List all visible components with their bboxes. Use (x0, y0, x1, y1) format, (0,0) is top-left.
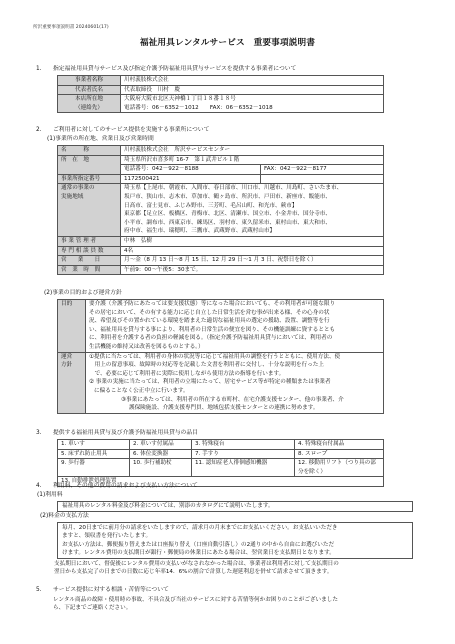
business-days-label: 営 業 日 (58, 256, 121, 266)
table-row: 専 門 相 談 員 数 4名 (58, 246, 384, 256)
item-bedsore-prevention: 5. 床ずれ防止用具 (58, 449, 130, 459)
complaints-text: レンタル商品の故障・使用時の事故、不具合及び当社のサービスに対する苦情等何かお困… (53, 596, 338, 613)
item-walking-cane: 10. 歩行補助杖 (130, 459, 192, 477)
item-wheelchair: 1. 車いす (58, 440, 130, 450)
office-number-value: 1172500421 (121, 174, 261, 184)
policy-label: 運営 方針 (58, 352, 86, 413)
provider-name-value: 川村義肢株式会社 (121, 76, 384, 86)
business-hours-label: 営 業 時 間 (58, 265, 121, 275)
office-table: 名 称 川村義肢株式会社 所沢サービスセンター 所 在 地 埼玉県所沢市喜多町 … (57, 145, 384, 275)
table-row: 事業所指定番号 1172500421 (58, 174, 384, 184)
representative-value: 代表取締役 川村 慶 (121, 85, 384, 95)
table-row: 本店所在地 （連絡先） 大阪府大阪市北区天神橋１丁目１８番１８号 電話番号：06… (58, 95, 384, 113)
office-name-label: 名 称 (58, 146, 121, 156)
section-2-heading: 2.ご利用者に対してのサービス提供を実施する事業所について (36, 127, 209, 135)
table-row: 5. 床ずれ防止用具 6. 体位変換器 7. 手すり 8. スロープ (58, 449, 384, 459)
item-wheelchair-accessories: 2. 車いす付属品 (130, 440, 192, 450)
section-5-heading: 5.サービス提供に対する相談・苦情等について (36, 587, 169, 595)
section-2-2-heading: (2)事業の目的および運営方針 (44, 290, 122, 298)
purpose-policy-table: 目的 要介護（介護予防にあたっては要支援状態）等になった場合においても、その利用… (57, 299, 384, 414)
fee-text: 福祉用具のレンタル料金及び料金については、別添のカタログにて説明いたします。 (62, 503, 274, 509)
table-row: 所 在 地 埼玉県所沢市喜多町 16-7 第１武井ビル１階 (58, 155, 384, 165)
section-1-heading: 1.指定福祉用具貸与サービス及び指定介護予防福祉用具貸与サービスを提供する事業者… (36, 66, 296, 74)
table-row: 営 業 日 月～金（8 月 13 日～8 月 15 日、12 月 29 日～1 … (58, 256, 384, 266)
table-row: 事業者名称 川村義肢株式会社 (58, 76, 384, 86)
office-name-value: 川村義肢株式会社 所沢サービスセンター (121, 146, 384, 156)
head-office-value: 大阪府大阪市北区天神橋１丁目１８番１８号 電話番号：06－6352－1012 F… (121, 95, 384, 113)
payment-box: 毎月、20日までに前月分の請求をいたしますので、請求月の月末までにお支払いくださ… (57, 522, 413, 559)
table-row: 通常の事業の 実施地域 埼玉県【上尾市、朝霞市、入間市、春日部市、川口市、川越市… (58, 184, 384, 237)
table-row: 事 業 管 理 者 中林 弘樹 (58, 236, 384, 246)
late-payment-text: 支払期日において、督促後にレンタル費用の支払いがなされなかった場合は、事業者は利… (54, 560, 339, 577)
item-special-bed: 3. 特殊寝台 (192, 440, 295, 450)
office-number-label: 事業所指定番号 (58, 174, 121, 184)
consultant-count-value: 4名 (121, 246, 384, 256)
manager-label: 事 業 管 理 者 (58, 236, 121, 246)
purpose-text: 要介護（介護予防にあたっては要支援状態）等になった場合においても、その利用者が可… (86, 300, 384, 353)
section-4-heading: 4.利用料、その他の費用の請求および支払い方法について (36, 483, 198, 491)
service-area-value: 埼玉県【上尾市、朝霞市、入間市、春日部市、川口市、川越市、川島町、さいたま市、 … (121, 184, 384, 237)
policy-text: ①提供に当たっては、利用者の身体の状況等に応じて福祉用具の調整を行うとともに、使… (86, 352, 384, 413)
table-row: 9. 歩行器 10. 歩行補助杖 11. 認知症老人徘徊感知機器 12. 移動用… (58, 459, 384, 477)
service-area-label: 通常の事業の 実施地域 (58, 184, 121, 237)
table-row: 代表者氏名 代表取締役 川村 慶 (58, 85, 384, 95)
provider-table: 事業者名称 川村義肢株式会社 代表者氏名 代表取締役 川村 慶 本店所在地 （連… (57, 75, 384, 113)
item-position-changer: 6. 体位変換器 (130, 449, 192, 459)
section-3-heading: 3.提供する福祉用具貸与及び介護予防福祉用具貸与の品目 (36, 430, 198, 438)
item-handrail: 7. 手すり (192, 449, 295, 459)
section-4-1-heading: (1)利用料 (37, 492, 63, 500)
table-row: 名 称 川村義肢株式会社 所沢サービスセンター (58, 146, 384, 156)
item-slope: 8. スロープ (295, 449, 384, 459)
item-special-bed-accessories: 4. 特殊寝台付属品 (295, 440, 384, 450)
table-row: 運営 方針 ①提供に当たっては、利用者の身体の状況等に応じて福祉用具の調整を行う… (58, 352, 384, 413)
table-row: 1. 車いす 2. 車いす付属品 3. 特殊寝台 4. 特殊寝台付属品 (58, 440, 384, 450)
table-row: 営 業 時 間 午前9：00～午後5：30まで。 (58, 265, 384, 275)
document-id: 所沢重要事項説明書 20240601(17) (33, 25, 109, 31)
item-walker: 9. 歩行器 (58, 459, 130, 477)
purpose-label: 目的 (58, 300, 86, 353)
business-days-value: 月～金（8 月 13 日～8 月 15 日、12 月 29 日～1 月 3 日、… (121, 256, 384, 266)
section-4-2-heading: (2)料金の支払方法 (40, 513, 89, 521)
office-address-label: 所 在 地 (58, 155, 121, 174)
office-address-value: 埼玉県所沢市喜多町 16-7 第１武井ビル１階 (121, 155, 384, 165)
manager-value: 中林 弘樹 (121, 236, 384, 246)
rental-items-table: 1. 車いす 2. 車いす付属品 3. 特殊寝台 4. 特殊寝台付属品 5. 床… (57, 439, 384, 487)
office-fax: FAX：042－922－8177 (261, 165, 384, 175)
table-row: 目的 要介護（介護予防にあたっては要支援状態）等になった場合においても、その利用… (58, 300, 384, 353)
section-2-1-heading: (1)事業所の所在地、営業日及び営業時間 (47, 136, 154, 144)
consultant-count-label: 専 門 相 談 員 数 (58, 246, 121, 256)
page-title: 福祉用具レンタルサービス 重要事項説明書 (0, 38, 455, 50)
provider-name-label: 事業者名称 (58, 76, 121, 86)
office-phone: 電話番号：042－922－8188 (121, 165, 261, 175)
item-wandering-sensor: 11. 認知症老人徘徊感知機器 (192, 459, 295, 477)
head-office-label: 本店所在地 （連絡先） (58, 95, 121, 113)
business-hours-value: 午前9：00～午後5：30まで。 (121, 265, 384, 275)
representative-label: 代表者氏名 (58, 85, 121, 95)
fee-box: 福祉用具のレンタル料金及び料金については、別添のカタログにて説明いたします。 (57, 501, 413, 512)
item-transfer-lift: 12. 移動用リフト（つり具の部分を除く） (295, 459, 384, 477)
